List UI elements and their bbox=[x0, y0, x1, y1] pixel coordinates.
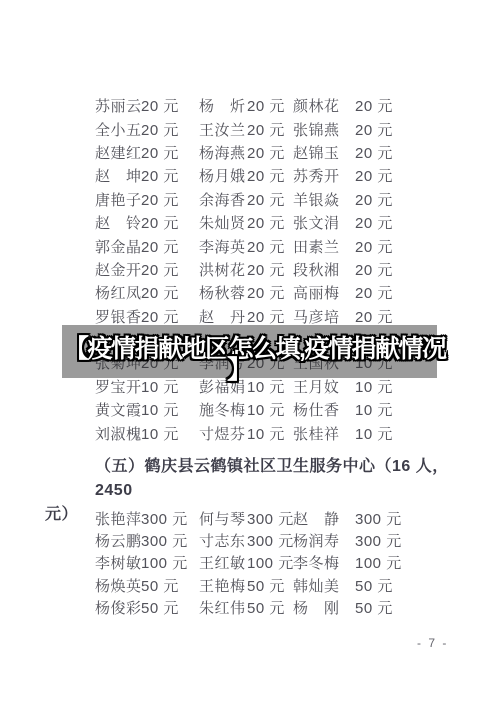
donation-amount: 20 元 bbox=[141, 306, 199, 327]
donation-amount: 300 元 bbox=[141, 530, 199, 551]
donation-row: 唐艳子20 元余海香20 元羊银焱20 元 bbox=[0, 188, 500, 211]
donation-amount: 20 元 bbox=[247, 259, 293, 280]
donor-name: 张文涓 bbox=[293, 212, 355, 233]
donation-amount: 20 元 bbox=[355, 95, 500, 116]
donor-name: 张锦燕 bbox=[293, 119, 355, 140]
donor-name: 赵 坤 bbox=[95, 165, 141, 186]
donation-amount: 50 元 bbox=[141, 575, 199, 596]
donation-amount: 50 元 bbox=[355, 575, 500, 596]
donation-amount: 300 元 bbox=[141, 508, 199, 529]
donation-amount: 20 元 bbox=[141, 189, 199, 210]
donor-name: 王汝兰 bbox=[199, 119, 247, 140]
donor-name: 王红敏 bbox=[199, 552, 247, 573]
donation-amount: 20 元 bbox=[141, 142, 199, 163]
donation-amount: 20 元 bbox=[141, 236, 199, 257]
donor-name: 张桂祥 bbox=[293, 423, 355, 444]
donor-name: 田素兰 bbox=[293, 236, 355, 257]
donor-name: 杨焕英 bbox=[95, 575, 141, 596]
donation-amount: 100 元 bbox=[141, 552, 199, 573]
donor-name: 颜林花 bbox=[293, 95, 355, 116]
donor-name: 羊银焱 bbox=[293, 189, 355, 210]
donation-amount: 20 元 bbox=[247, 165, 293, 186]
page-number: - 7 - bbox=[417, 636, 448, 650]
donor-name: 李海英 bbox=[199, 236, 247, 257]
donor-name: 苏丽云 bbox=[95, 95, 141, 116]
donation-amount: 100 元 bbox=[247, 552, 293, 573]
donation-row: 郭金晶20 元李海英20 元田素兰20 元 bbox=[0, 234, 500, 257]
donation-row: 杨焕英50 元王艳梅50 元韩灿美50 元 bbox=[0, 574, 500, 596]
donation-amount: 20 元 bbox=[355, 259, 500, 280]
donor-name: 赵 静 bbox=[293, 508, 355, 529]
donor-name: 杨仕香 bbox=[293, 399, 355, 420]
donation-amount: 20 元 bbox=[355, 212, 500, 233]
donor-name: 寸志东 bbox=[199, 530, 247, 551]
donor-name: 刘淑槐 bbox=[95, 423, 141, 444]
donation-amount: 10 元 bbox=[247, 399, 293, 420]
donor-name: 李树敏 bbox=[95, 552, 141, 573]
donation-amount: 20 元 bbox=[141, 95, 199, 116]
donation-amount: 20 元 bbox=[355, 306, 500, 327]
donation-amount: 20 元 bbox=[141, 212, 199, 233]
donation-amount: 10 元 bbox=[355, 399, 500, 420]
donor-name: 赵金开 bbox=[95, 259, 141, 280]
donation-amount: 20 元 bbox=[141, 165, 199, 186]
donor-name: 郭金晶 bbox=[95, 236, 141, 257]
donation-amount: 10 元 bbox=[247, 376, 293, 397]
donation-amount: 50 元 bbox=[247, 575, 293, 596]
donation-list-section-1: 苏丽云20 元杨 炘20 元颜林花20 元全小五20 元王汝兰20 元张锦燕20… bbox=[0, 94, 500, 445]
overlay-title-line-1: 【疫情捐献地区怎么填,疫情捐献情况 bbox=[64, 329, 445, 365]
donation-amount: 10 元 bbox=[355, 423, 500, 444]
donor-name: 余海香 bbox=[199, 189, 247, 210]
donor-name: 赵 丹 bbox=[199, 306, 247, 327]
donor-name: 赵锦玉 bbox=[293, 142, 355, 163]
donation-amount: 20 元 bbox=[247, 236, 293, 257]
donation-row: 赵建红20 元杨海燕20 元赵锦玉20 元 bbox=[0, 141, 500, 164]
donation-amount: 20 元 bbox=[247, 282, 293, 303]
donor-name: 黄文霞 bbox=[95, 399, 141, 420]
donor-name: 段秋湘 bbox=[293, 259, 355, 280]
donor-name: 王月妏 bbox=[293, 376, 355, 397]
donor-name: 朱灿贤 bbox=[199, 212, 247, 233]
donation-amount: 10 元 bbox=[355, 376, 500, 397]
donation-amount: 300 元 bbox=[247, 508, 293, 529]
donation-amount: 20 元 bbox=[247, 142, 293, 163]
donation-amount: 20 元 bbox=[355, 236, 500, 257]
donor-name: 高丽梅 bbox=[293, 282, 355, 303]
donation-row: 刘淑槐10 元寸煜芬10 元张桂祥10 元 bbox=[0, 421, 500, 444]
donation-amount: 20 元 bbox=[355, 189, 500, 210]
donation-amount: 20 元 bbox=[355, 119, 500, 140]
donation-amount: 20 元 bbox=[247, 306, 293, 327]
donation-row: 李树敏100 元王红敏100 元李冬梅100 元 bbox=[0, 552, 500, 574]
donation-amount: 20 元 bbox=[141, 282, 199, 303]
donation-amount: 300 元 bbox=[355, 508, 500, 529]
donation-amount: 20 元 bbox=[141, 259, 199, 280]
overlay-title-line-2: 】 bbox=[227, 350, 251, 386]
donor-name: 洪树花 bbox=[199, 259, 247, 280]
donor-name: 杨 炘 bbox=[199, 95, 247, 116]
donation-amount: 300 元 bbox=[247, 530, 293, 551]
donation-amount: 20 元 bbox=[247, 212, 293, 233]
donor-name: 杨海燕 bbox=[199, 142, 247, 163]
donor-name: 马彦培 bbox=[293, 306, 355, 327]
donation-row: 全小五20 元王汝兰20 元张锦燕20 元 bbox=[0, 117, 500, 140]
donor-name: 赵建红 bbox=[95, 142, 141, 163]
donation-row: 杨云鹏300 元寸志东300 元杨润寿300 元 bbox=[0, 529, 500, 551]
donor-name: 罗银香 bbox=[95, 306, 141, 327]
donation-amount: 10 元 bbox=[141, 399, 199, 420]
donation-amount: 20 元 bbox=[247, 119, 293, 140]
donation-row: 赵 坤20 元杨月娥20 元苏秀开20 元 bbox=[0, 164, 500, 187]
donation-amount: 10 元 bbox=[141, 376, 199, 397]
donor-name: 杨 刚 bbox=[293, 597, 355, 618]
donor-name: 唐艳子 bbox=[95, 189, 141, 210]
donation-amount: 10 元 bbox=[247, 423, 293, 444]
donor-name: 杨俊彩 bbox=[95, 597, 141, 618]
donor-name: 张艳萍 bbox=[95, 508, 141, 529]
donation-row: 张艳萍300 元何与琴300 元赵 静300 元 bbox=[0, 507, 500, 529]
donor-name: 韩灿美 bbox=[293, 575, 355, 596]
donor-name: 杨润寿 bbox=[293, 530, 355, 551]
donation-list-section-2: 张艳萍300 元何与琴300 元赵 静300 元杨云鹏300 元寸志东300 元… bbox=[0, 507, 500, 619]
donor-name: 全小五 bbox=[95, 119, 141, 140]
donation-amount: 50 元 bbox=[141, 597, 199, 618]
donor-name: 杨月娥 bbox=[199, 165, 247, 186]
donation-row: 杨红凤20 元杨秋蓉20 元高丽梅20 元 bbox=[0, 281, 500, 304]
donation-row: 赵 铃20 元朱灿贤20 元张文涓20 元 bbox=[0, 211, 500, 234]
donation-amount: 20 元 bbox=[141, 119, 199, 140]
donation-amount: 20 元 bbox=[247, 189, 293, 210]
donor-name: 苏秀开 bbox=[293, 165, 355, 186]
donor-name: 朱红伟 bbox=[199, 597, 247, 618]
donation-row: 赵金开20 元洪树花20 元段秋湘20 元 bbox=[0, 258, 500, 281]
donation-amount: 20 元 bbox=[355, 142, 500, 163]
donor-name: 李冬梅 bbox=[293, 552, 355, 573]
donation-amount: 50 元 bbox=[247, 597, 293, 618]
donor-name: 寸煜芬 bbox=[199, 423, 247, 444]
donation-amount: 20 元 bbox=[355, 165, 500, 186]
donor-name: 何与琴 bbox=[199, 508, 247, 529]
donor-name: 罗宝开 bbox=[95, 376, 141, 397]
donor-name: 赵 铃 bbox=[95, 212, 141, 233]
section-heading-line-1: （五）鹤庆县云鹤镇社区卫生服务中心（16 人，2450 bbox=[45, 455, 465, 503]
donor-name: 王艳梅 bbox=[199, 575, 247, 596]
donation-row: 杨俊彩50 元朱红伟50 元杨 刚50 元 bbox=[0, 597, 500, 619]
donation-amount: 100 元 bbox=[355, 552, 500, 573]
donation-row: 黄文霞10 元施冬梅10 元杨仕香10 元 bbox=[0, 398, 500, 421]
donor-name: 施冬梅 bbox=[199, 399, 247, 420]
donor-name: 杨秋蓉 bbox=[199, 282, 247, 303]
donation-amount: 10 元 bbox=[141, 423, 199, 444]
donation-amount: 20 元 bbox=[355, 282, 500, 303]
donation-amount: 50 元 bbox=[355, 597, 500, 618]
donation-amount: 20 元 bbox=[247, 95, 293, 116]
donor-name: 杨云鹏 bbox=[95, 530, 141, 551]
donation-amount: 300 元 bbox=[355, 530, 500, 551]
donor-name: 杨红凤 bbox=[95, 282, 141, 303]
donation-row: 苏丽云20 元杨 炘20 元颜林花20 元 bbox=[0, 94, 500, 117]
